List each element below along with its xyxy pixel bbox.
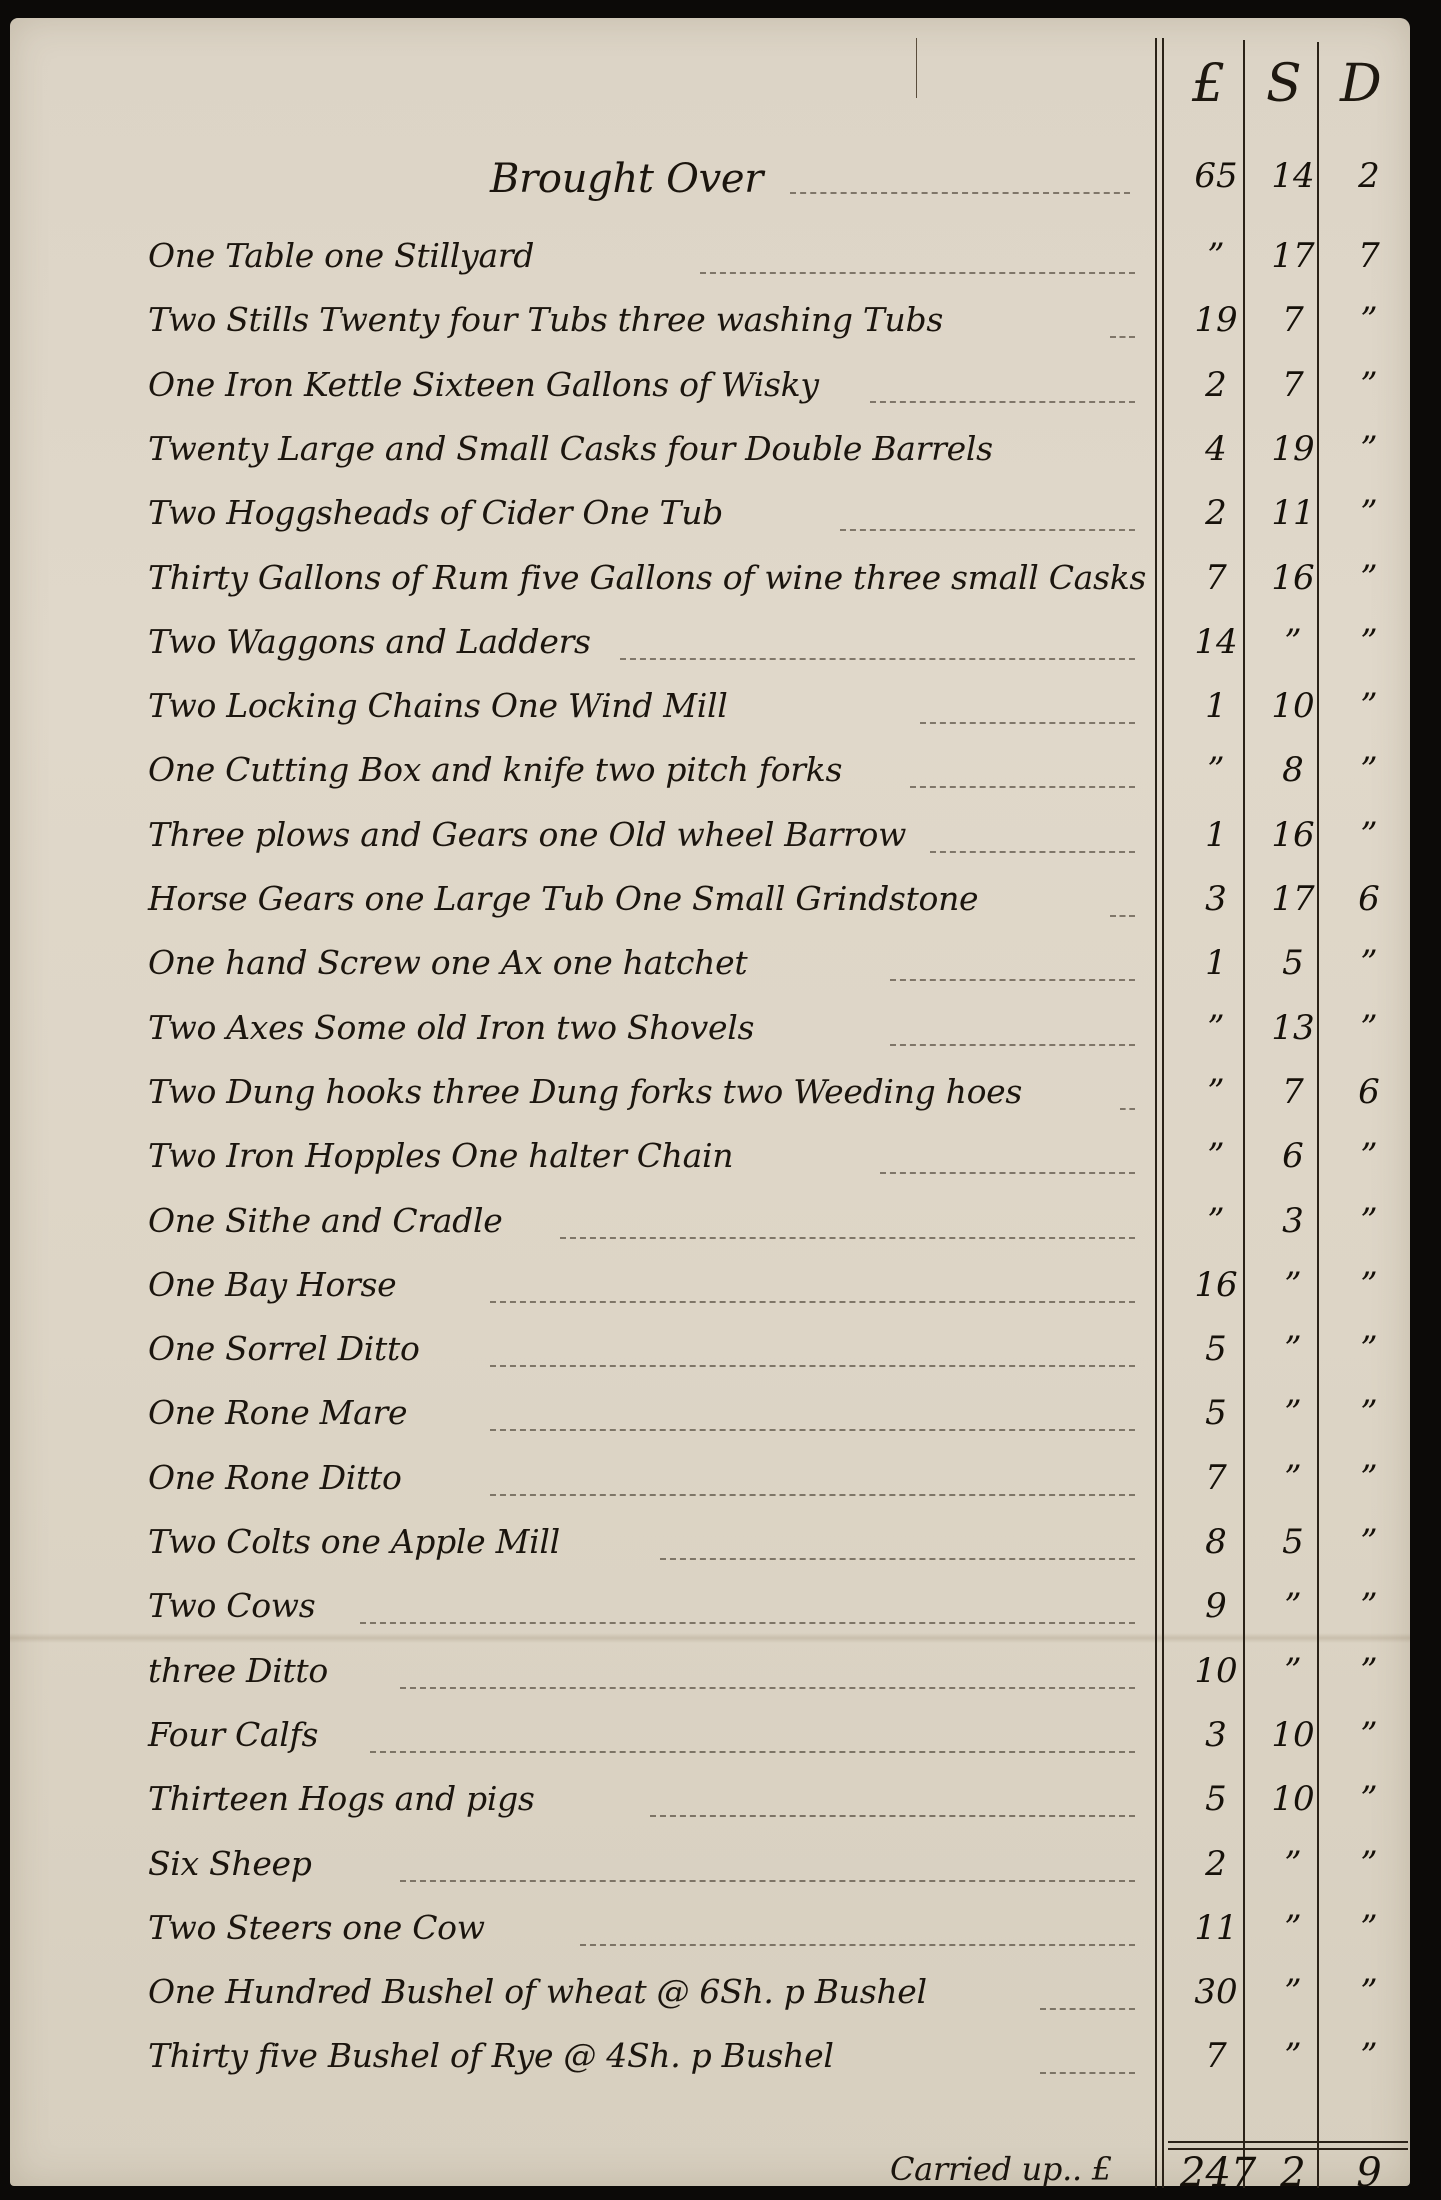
entry-description: Six Sheep bbox=[148, 1844, 312, 1883]
amount-shillings: ” bbox=[1255, 1329, 1331, 1369]
amount-pounds: 1 bbox=[1180, 943, 1252, 983]
leader-line bbox=[890, 973, 1135, 981]
amount-pounds: 4 bbox=[1180, 429, 1252, 469]
ledger-entry-row: One Hundred Bushel of wheat @ 6Sh. p Bus… bbox=[10, 1972, 1410, 2026]
amount-pence: ” bbox=[1336, 1008, 1402, 1048]
amount-pounds: 16 bbox=[1180, 1265, 1252, 1305]
leader-line bbox=[1120, 1102, 1135, 1110]
ledger-entry-row: One Bay Horse16”” bbox=[10, 1265, 1410, 1319]
amount-shillings: 11 bbox=[1255, 493, 1331, 533]
amount-pounds: ” bbox=[1180, 1072, 1252, 1112]
leader-line bbox=[1110, 330, 1135, 338]
leader-line bbox=[400, 1681, 1135, 1689]
total-shillings: 2 bbox=[1255, 2150, 1331, 2196]
entry-description: Two Cows bbox=[148, 1586, 315, 1625]
ledger-entry-row: Twenty Large and Small Casks four Double… bbox=[10, 429, 1410, 483]
leader-line bbox=[490, 1359, 1135, 1367]
leader-line bbox=[790, 186, 1130, 194]
entry-description: One Bay Horse bbox=[148, 1265, 396, 1304]
amount-pence: ” bbox=[1336, 1522, 1402, 1562]
amount-pounds: 5 bbox=[1180, 1329, 1252, 1369]
amount-pence: ” bbox=[1336, 686, 1402, 726]
amount-pounds: 19 bbox=[1180, 300, 1252, 340]
amount-pounds: 10 bbox=[1180, 1651, 1252, 1691]
leader-line bbox=[1110, 909, 1135, 917]
amount-pence: ” bbox=[1336, 2036, 1402, 2076]
leader-line bbox=[620, 652, 1135, 660]
amount-shillings: ” bbox=[1255, 1458, 1331, 1498]
leader-line bbox=[1040, 2002, 1135, 2010]
carried-up-row: Carried up.. £ 247 2 9 bbox=[10, 2150, 1410, 2200]
amount-pounds: 2 bbox=[1180, 1844, 1252, 1884]
ledger-entry-row: Two Axes Some old Iron two Shovels”13” bbox=[10, 1008, 1410, 1062]
amount-pence: ” bbox=[1336, 1458, 1402, 1498]
amount-pounds: 7 bbox=[1180, 1458, 1252, 1498]
amount-pence: ” bbox=[1336, 943, 1402, 983]
amount-pence: 6 bbox=[1336, 1072, 1402, 1112]
amount-pounds: 3 bbox=[1180, 879, 1252, 919]
entry-description: Twenty Large and Small Casks four Double… bbox=[148, 429, 993, 468]
amount-pounds: ” bbox=[1180, 1136, 1252, 1176]
entry-description: Two Waggons and Ladders bbox=[148, 622, 591, 661]
leader-line bbox=[870, 395, 1135, 403]
amount-pounds: 5 bbox=[1180, 1779, 1252, 1819]
amount-pence: ” bbox=[1336, 558, 1402, 598]
amount-pounds: 7 bbox=[1180, 558, 1252, 598]
amount-pounds: ” bbox=[1180, 750, 1252, 790]
amount-shillings: ” bbox=[1255, 1908, 1331, 1948]
amount-pence: ” bbox=[1336, 1651, 1402, 1691]
leader-line bbox=[840, 523, 1135, 531]
leader-line bbox=[1040, 2066, 1135, 2074]
amount-shillings: 7 bbox=[1255, 365, 1331, 405]
total-pence: 9 bbox=[1336, 2150, 1402, 2196]
ledger-entry-row: Two Dung hooks three Dung forks two Weed… bbox=[10, 1072, 1410, 1126]
amount-pence: ” bbox=[1336, 1715, 1402, 1755]
ledger-entry-row: Six Sheep2”” bbox=[10, 1844, 1410, 1898]
brought-over-row: Brought Over 65 14 2 bbox=[10, 156, 1410, 210]
entry-description: Two Colts one Apple Mill bbox=[148, 1522, 560, 1561]
amount-shillings: 13 bbox=[1255, 1008, 1331, 1048]
amount-pence: ” bbox=[1336, 1779, 1402, 1819]
amount-pounds: 7 bbox=[1180, 2036, 1252, 2076]
ledger-entry-row: One Rone Ditto7”” bbox=[10, 1458, 1410, 1512]
amount-pounds: 3 bbox=[1180, 1715, 1252, 1755]
ledger-entry-row: One Table one Stillyard”177 bbox=[10, 236, 1410, 290]
amount-shillings: 10 bbox=[1255, 1779, 1331, 1819]
shillings-column-header: S bbox=[1266, 54, 1302, 114]
amount-shillings: 10 bbox=[1255, 686, 1331, 726]
amount-pounds: 9 bbox=[1180, 1586, 1252, 1626]
entry-description: Two Dung hooks three Dung forks two Weed… bbox=[148, 1072, 1022, 1111]
leader-line bbox=[580, 1938, 1135, 1946]
ledger-entry-row: Two Steers one Cow11”” bbox=[10, 1908, 1410, 1962]
leader-line bbox=[920, 716, 1135, 724]
amount-pence: ” bbox=[1336, 1908, 1402, 1948]
entry-description: One hand Screw one Ax one hatchet bbox=[148, 943, 747, 982]
amount-pence: ” bbox=[1336, 1265, 1402, 1305]
leader-line bbox=[910, 780, 1135, 788]
amount-shillings: 16 bbox=[1255, 558, 1331, 598]
leader-line bbox=[400, 1874, 1135, 1882]
ledger-entry-row: One Sorrel Ditto5”” bbox=[10, 1329, 1410, 1383]
entry-description: One Table one Stillyard bbox=[148, 236, 534, 275]
amount-pence: ” bbox=[1336, 300, 1402, 340]
entry-description: Thirty Gallons of Rum five Gallons of wi… bbox=[148, 558, 1146, 597]
leader-line bbox=[490, 1423, 1135, 1431]
amount-pence: ” bbox=[1336, 1972, 1402, 2012]
entry-description: Two Iron Hopples One halter Chain bbox=[148, 1136, 733, 1175]
amount-pence: 6 bbox=[1336, 879, 1402, 919]
ledger-entry-row: One Rone Mare5”” bbox=[10, 1393, 1410, 1447]
amount-shillings: 5 bbox=[1255, 943, 1331, 983]
amount-shillings: 17 bbox=[1255, 236, 1331, 276]
amount-pence: ” bbox=[1336, 1136, 1402, 1176]
amount-pence: ” bbox=[1336, 1329, 1402, 1369]
amount-pounds: 14 bbox=[1180, 622, 1252, 662]
ledger-entry-row: Two Waggons and Ladders14”” bbox=[10, 622, 1410, 676]
brought-over-label: Brought Over bbox=[490, 156, 763, 202]
amount-pounds: 1 bbox=[1180, 815, 1252, 855]
entry-description: Two Hoggsheads of Cider One Tub bbox=[148, 493, 723, 532]
entry-description: Two Locking Chains One Wind Mill bbox=[148, 686, 727, 725]
ledger-entry-row: Two Colts one Apple Mill85” bbox=[10, 1522, 1410, 1576]
amount-pence: 2 bbox=[1336, 156, 1402, 196]
amount-pence: ” bbox=[1336, 1586, 1402, 1626]
amount-pence: ” bbox=[1336, 750, 1402, 790]
amount-shillings: ” bbox=[1255, 622, 1331, 662]
entry-description: One Iron Kettle Sixteen Gallons of Wisky bbox=[148, 365, 819, 404]
entry-description: One Hundred Bushel of wheat @ 6Sh. p Bus… bbox=[148, 1972, 927, 2011]
amount-pounds: 65 bbox=[1180, 156, 1252, 196]
amount-pounds: 1 bbox=[1180, 686, 1252, 726]
ledger-entry-row: Two Iron Hopples One halter Chain”6” bbox=[10, 1136, 1410, 1190]
ledger-entry-row: Two Cows9”” bbox=[10, 1586, 1410, 1640]
leader-line bbox=[700, 266, 1135, 274]
amount-shillings: 16 bbox=[1255, 815, 1331, 855]
ledger-entry-row: One Cutting Box and knife two pitch fork… bbox=[10, 750, 1410, 804]
entry-description: Four Calfs bbox=[148, 1715, 318, 1754]
ledger-entry-row: Thirty five Bushel of Rye @ 4Sh. p Bushe… bbox=[10, 2036, 1410, 2090]
ledger-entry-row: three Ditto10”” bbox=[10, 1651, 1410, 1705]
ledger-entry-row: Two Stills Twenty four Tubs three washin… bbox=[10, 300, 1410, 354]
leader-line bbox=[890, 1038, 1135, 1046]
leader-line bbox=[560, 1231, 1135, 1239]
pence-column-header: D bbox=[1340, 54, 1382, 114]
amount-pence: 7 bbox=[1336, 236, 1402, 276]
leader-line bbox=[490, 1295, 1135, 1303]
ledger-entry-row: Thirteen Hogs and pigs510” bbox=[10, 1779, 1410, 1833]
leader-line bbox=[880, 1166, 1135, 1174]
leader-line bbox=[370, 1745, 1135, 1753]
pounds-column-header: £ bbox=[1192, 54, 1225, 114]
amount-shillings: ” bbox=[1255, 1393, 1331, 1433]
amount-pence: ” bbox=[1336, 429, 1402, 469]
ledger-entry-row: Horse Gears one Large Tub One Small Grin… bbox=[10, 879, 1410, 933]
entry-description: One Rone Ditto bbox=[148, 1458, 402, 1497]
entry-description: Two Axes Some old Iron two Shovels bbox=[148, 1008, 754, 1047]
entry-description: Thirty five Bushel of Rye @ 4Sh. p Bushe… bbox=[148, 2036, 834, 2075]
entry-description: One Cutting Box and knife two pitch fork… bbox=[148, 750, 842, 789]
ledger-entry-row: Two Locking Chains One Wind Mill110” bbox=[10, 686, 1410, 740]
amount-pounds: ” bbox=[1180, 236, 1252, 276]
ledger-entry-row: Two Hoggsheads of Cider One Tub211” bbox=[10, 493, 1410, 547]
amount-shillings: 19 bbox=[1255, 429, 1331, 469]
amount-pence: ” bbox=[1336, 365, 1402, 405]
entry-description: Thirteen Hogs and pigs bbox=[148, 1779, 535, 1818]
amount-pounds: 8 bbox=[1180, 1522, 1252, 1562]
amount-pounds: 5 bbox=[1180, 1393, 1252, 1433]
amount-pence: ” bbox=[1336, 1844, 1402, 1884]
amount-pence: ” bbox=[1336, 1393, 1402, 1433]
total-rule-top bbox=[1168, 2141, 1408, 2143]
amount-pence: ” bbox=[1336, 1201, 1402, 1241]
amount-shillings: 8 bbox=[1255, 750, 1331, 790]
amount-pounds: ” bbox=[1180, 1008, 1252, 1048]
amount-pence: ” bbox=[1336, 815, 1402, 855]
entry-description: Two Steers one Cow bbox=[148, 1908, 485, 1947]
entry-description: Horse Gears one Large Tub One Small Grin… bbox=[148, 879, 978, 918]
total-pounds: 247 bbox=[1180, 2150, 1252, 2196]
ledger-entry-row: One Sithe and Cradle”3” bbox=[10, 1201, 1410, 1255]
amount-pounds: 11 bbox=[1180, 1908, 1252, 1948]
amount-shillings: ” bbox=[1255, 1265, 1331, 1305]
leader-line bbox=[490, 1488, 1135, 1496]
entry-description: One Sorrel Ditto bbox=[148, 1329, 420, 1368]
amount-shillings: ” bbox=[1255, 1844, 1331, 1884]
ledger-page: £ S D Brought Over 65 14 2 One Table one… bbox=[10, 18, 1410, 2186]
ledger-entry-row: Four Calfs310” bbox=[10, 1715, 1410, 1769]
leader-line bbox=[660, 1552, 1135, 1560]
amount-shillings: 6 bbox=[1255, 1136, 1331, 1176]
leader-line bbox=[930, 845, 1135, 853]
ledger-entry-row: Three plows and Gears one Old wheel Barr… bbox=[10, 815, 1410, 869]
ledger-entry-row: Thirty Gallons of Rum five Gallons of wi… bbox=[10, 558, 1410, 612]
ledger-entry-row: One Iron Kettle Sixteen Gallons of Wisky… bbox=[10, 365, 1410, 419]
amount-shillings: ” bbox=[1255, 1651, 1331, 1691]
entry-description: three Ditto bbox=[148, 1651, 328, 1690]
amount-pounds: 2 bbox=[1180, 365, 1252, 405]
amount-shillings: 17 bbox=[1255, 879, 1331, 919]
amount-shillings: 10 bbox=[1255, 1715, 1331, 1755]
amount-shillings: 7 bbox=[1255, 1072, 1331, 1112]
amount-pounds: ” bbox=[1180, 1201, 1252, 1241]
leader-line bbox=[650, 1809, 1135, 1817]
ledger-entry-row: One hand Screw one Ax one hatchet15” bbox=[10, 943, 1410, 997]
amount-shillings: 3 bbox=[1255, 1201, 1331, 1241]
margin-rule-faint bbox=[916, 38, 917, 98]
amount-shillings: 14 bbox=[1255, 156, 1331, 196]
leader-line bbox=[360, 1616, 1135, 1624]
amount-pence: ” bbox=[1336, 493, 1402, 533]
carried-up-label: Carried up.. £ bbox=[890, 2150, 1112, 2188]
amount-pounds: 30 bbox=[1180, 1972, 1252, 2012]
entry-description: One Sithe and Cradle bbox=[148, 1201, 502, 1240]
entry-description: One Rone Mare bbox=[148, 1393, 407, 1432]
amount-shillings: ” bbox=[1255, 2036, 1331, 2076]
amount-shillings: 7 bbox=[1255, 300, 1331, 340]
amount-shillings: ” bbox=[1255, 1972, 1331, 2012]
entry-description: Three plows and Gears one Old wheel Barr… bbox=[148, 815, 906, 854]
amount-shillings: ” bbox=[1255, 1586, 1331, 1626]
amount-pence: ” bbox=[1336, 622, 1402, 662]
amount-pounds: 2 bbox=[1180, 493, 1252, 533]
entry-description: Two Stills Twenty four Tubs three washin… bbox=[148, 300, 943, 339]
amount-shillings: 5 bbox=[1255, 1522, 1331, 1562]
